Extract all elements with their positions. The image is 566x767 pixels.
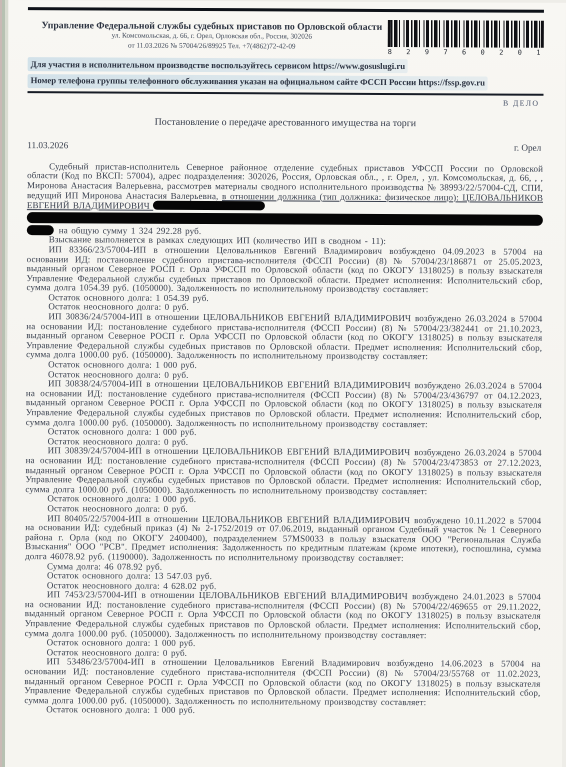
redaction-bar (27, 212, 543, 226)
ip-list: ИП 83366/23/57004-ИП в отношении Целовал… (24, 245, 542, 718)
ip-details: Сумма долга: 46 078.92 руб.Остаток основ… (25, 562, 541, 593)
divider-rule (28, 91, 544, 96)
barcode-bars-icon (388, 20, 544, 48)
document-header: Управление Федеральной службы судебных п… (28, 15, 544, 57)
document-page: Управление Федеральной службы судебных п… (5, 0, 566, 767)
ip-entry: ИП 83366/23/57004-ИП в отношении Целовал… (26, 245, 542, 315)
phone-notice: Номер телефона группы телефонного обслуж… (28, 74, 488, 90)
barcode-digits: 8 2 9 7 6 0 2 0 1 7 5 7 0 4 (388, 48, 544, 57)
redaction-inline-bar (153, 201, 265, 211)
ip-paragraph: ИП 53486/23/57004-ИП в отношении Целовал… (24, 658, 540, 709)
doc-date: 11.03.2026 (27, 140, 68, 150)
ip-entry: ИП 80405/22/57004-ИП в отношении ЦЕЛОВАЛ… (25, 514, 541, 593)
ip-paragraph: ИП 30838/24/57004-ИП в отношении ЦЕЛОВАЛ… (26, 379, 542, 430)
barcode: 8 2 9 7 6 0 2 0 1 7 5 7 0 4 (388, 17, 544, 57)
doc-title: Постановление о передаче арестованного и… (27, 116, 543, 130)
ip-paragraph: ИП 80405/22/57004-ИП в отношении ЦЕЛОВАЛ… (25, 514, 541, 565)
top-rule (28, 7, 544, 13)
ip-entry: ИП 53486/23/57004-ИП в отношении Целовал… (24, 658, 540, 718)
doc-ref-line: от 11.03.2026 № 57004/26/89925 Тел. +7(4… (36, 41, 388, 52)
dateline: 11.03.2026 г. Орел (27, 140, 541, 153)
ip-entry: ИП 30838/24/57004-ИП в отношении ЦЕЛОВАЛ… (26, 379, 542, 449)
document-body: Судебный пристав-исполнитель Северное ра… (24, 162, 543, 718)
ip-paragraph: ИП 7453/23/57004-ИП в отношении ЦЕЛОВАЛЬ… (25, 590, 541, 641)
intro-paragraph: Судебный пристав-исполнитель Северное ра… (27, 162, 543, 214)
ip-entry: ИП 30839/24/57004-ИП в отношении ЦЕЛОВАЛ… (25, 446, 541, 516)
redaction-blob (27, 225, 54, 235)
scanned-document-background: { "header": { "org_name": "Управление Фе… (0, 0, 566, 767)
ip-paragraph: ИП 30836/24/57004-ИП в отношении ЦЕЛОВАЛ… (26, 312, 542, 363)
case-mark: В ДЕЛО (27, 96, 539, 108)
ip-entry: ИП 7453/23/57004-ИП в отношении ЦЕЛОВАЛЬ… (25, 590, 541, 660)
ip-paragraph: ИП 83366/23/57004-ИП в отношении Целовал… (26, 245, 542, 296)
doc-place: г. Орел (514, 142, 541, 152)
ip-paragraph: ИП 30839/24/57004-ИП в отношении ЦЕЛОВАЛ… (25, 446, 541, 497)
org-name: Управление Федеральной службы судебных п… (36, 20, 388, 33)
ip-entry: ИП 30836/24/57004-ИП в отношении ЦЕЛОВАЛ… (26, 312, 542, 382)
ip-details: Остаток основного долга: 1 000 руб. (24, 705, 540, 717)
debt-remainder-line: Остаток основного долга: 1 000 руб. (24, 705, 540, 717)
gosuslugi-notice: Для участия в исполнительном производств… (28, 57, 408, 73)
